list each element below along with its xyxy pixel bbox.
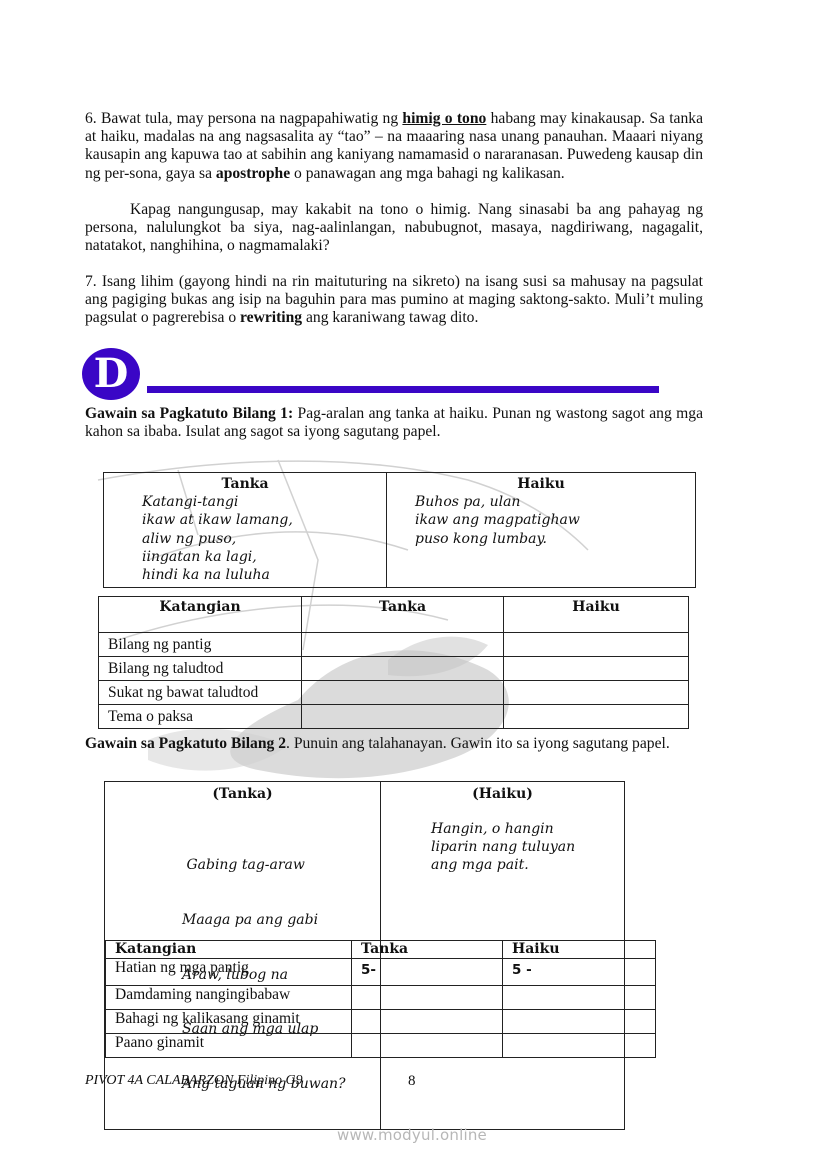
poem-line: ikaw at ikaw lamang,	[142, 511, 386, 529]
poem-line: puso kong lumbay.	[415, 530, 695, 548]
item-6-paragraph: 6. Bawat tula, may persona na nagpapahiw…	[85, 110, 703, 183]
answer-cell[interactable]	[504, 657, 689, 681]
answer-cell[interactable]	[352, 986, 503, 1010]
haiku-poem-title: Haiku	[387, 475, 695, 493]
activity-2-instruction: Gawain sa Pagkatuto Bilang 2. Punuin ang…	[85, 735, 703, 753]
column-header: Haiku	[504, 597, 689, 633]
table-row: Hatian ng mga pantig 5- 5 -	[106, 959, 656, 986]
row-label: Bilang ng taludtod	[99, 657, 302, 681]
poem-line: Katangi-tangi	[142, 493, 386, 511]
column-header: Haiku	[503, 941, 656, 959]
answer-cell[interactable]	[352, 1010, 503, 1034]
haiku-poem-lines: Buhos pa, ulan ikaw ang magpatighaw puso…	[387, 493, 695, 548]
answer-cell[interactable]	[504, 633, 689, 657]
document-page: 6. Bawat tula, may persona na nagpapahiw…	[0, 0, 826, 1169]
row-label: Bilang ng pantig	[99, 633, 302, 657]
item-6-text-c: o panawagan ang mga bahagi ng kalikasan.	[290, 165, 565, 182]
tanka-poem-title: Tanka	[104, 475, 386, 493]
haiku-poem-cell: Haiku Buhos pa, ulan ikaw ang magpatigha…	[387, 473, 696, 588]
poem-line: ang mga pait.	[431, 856, 624, 874]
row-label: Sukat ng bawat taludtod	[99, 681, 302, 705]
poem-line: liparin nang tuluyan	[431, 838, 624, 856]
row-label: Hatian ng mga pantig	[106, 959, 352, 986]
column-header: Tanka	[302, 597, 504, 633]
activity-1-title: Gawain sa Pagkatuto Bilang 1:	[85, 405, 293, 422]
tanka-poem-lines: Katangi-tangi ikaw at ikaw lamang, aliw …	[104, 493, 386, 584]
activity-1-katangian-table: Katangian Tanka Haiku Bilang ng pantig B…	[98, 596, 689, 729]
poem-line: iingatan ka lagi,	[142, 548, 386, 566]
table-header-row: Katangian Tanka Haiku	[106, 941, 656, 959]
answer-cell[interactable]	[302, 681, 504, 705]
column-header: Katangian	[99, 597, 302, 633]
poem-line: Hangin, o hangin	[431, 820, 624, 838]
rewriting-term: rewriting	[240, 309, 302, 326]
table-row: Bilang ng taludtod	[99, 657, 689, 681]
table-row: Paano ginamit	[106, 1034, 656, 1058]
poem-line: Gabing tag-araw	[182, 856, 380, 874]
table-row: Sukat ng bawat taludtod	[99, 681, 689, 705]
poem-line: aliw ng puso,	[142, 530, 386, 548]
item-7-text-b: ang karaniwang tawag dito.	[302, 309, 478, 326]
section-divider-bar	[147, 386, 659, 393]
answer-cell[interactable]	[302, 633, 504, 657]
haiku-poem-lines: Hangin, o hangin liparin nang tuluyan an…	[381, 820, 624, 875]
poem-line: ikaw ang magpatighaw	[415, 511, 695, 529]
website-watermark: www.modyul.online	[337, 1126, 487, 1144]
poem-line: hindi ka na luluha	[142, 566, 386, 584]
row-label: Bahagi ng kalikasang ginamit	[106, 1010, 352, 1034]
himig-o-tono-term: himig o tono	[402, 110, 486, 127]
answer-cell[interactable]	[503, 986, 656, 1010]
item-7-paragraph: 7. Isang lihim (gayong hindi na rin mait…	[85, 273, 703, 328]
answer-cell[interactable]	[504, 705, 689, 729]
item-6-followup: Kapag nangungusap, may kakabit na tono o…	[85, 201, 703, 256]
answer-cell[interactable]	[302, 705, 504, 729]
apostrophe-term: apostrophe	[216, 165, 290, 182]
section-d-badge: D	[82, 348, 140, 400]
row-label: Paano ginamit	[106, 1034, 352, 1058]
table-row: Tema o paksa	[99, 705, 689, 729]
answer-cell[interactable]	[352, 1034, 503, 1058]
poem-line: Buhos pa, ulan	[415, 493, 695, 511]
answer-cell[interactable]	[503, 1034, 656, 1058]
tanka-poem-cell: Tanka Katangi-tangi ikaw at ikaw lamang,…	[104, 473, 387, 588]
row-label: Damdaming nangingibabaw	[106, 986, 352, 1010]
column-header: Katangian	[106, 941, 352, 959]
table-row: Damdaming nangingibabaw	[106, 986, 656, 1010]
page-number: 8	[408, 1073, 416, 1090]
answer-cell[interactable]	[503, 1010, 656, 1034]
table-row: Bahagi ng kalikasang ginamit	[106, 1010, 656, 1034]
tanka-poem-title: (Tanka)	[105, 786, 380, 802]
answer-cell[interactable]: 5 -	[503, 959, 656, 986]
answer-cell[interactable]	[302, 657, 504, 681]
row-label: Tema o paksa	[99, 705, 302, 729]
answer-cell[interactable]: 5-	[352, 959, 503, 986]
activity-2-text: . Punuin ang talahanayan. Gawin ito sa i…	[286, 735, 670, 752]
activity-1-poems-table: Tanka Katangi-tangi ikaw at ikaw lamang,…	[103, 472, 696, 588]
footer-publication: PIVOT 4A CALABARZON Filipino G9	[85, 1073, 303, 1089]
item-6-text-a: 6. Bawat tula, may persona na nagpapahiw…	[85, 110, 402, 127]
activity-2-title: Gawain sa Pagkatuto Bilang 2	[85, 735, 286, 752]
table-row: Bilang ng pantig	[99, 633, 689, 657]
table-header-row: Katangian Tanka Haiku	[99, 597, 689, 633]
haiku-poem-title: (Haiku)	[381, 786, 624, 802]
activity-1-instruction: Gawain sa Pagkatuto Bilang 1: Pag-aralan…	[85, 405, 703, 441]
answer-cell[interactable]	[504, 681, 689, 705]
column-header: Tanka	[352, 941, 503, 959]
activity-2-katangian-table: Katangian Tanka Haiku Hatian ng mga pant…	[105, 940, 656, 1058]
poem-line: Maaga pa ang gabi	[182, 911, 380, 929]
